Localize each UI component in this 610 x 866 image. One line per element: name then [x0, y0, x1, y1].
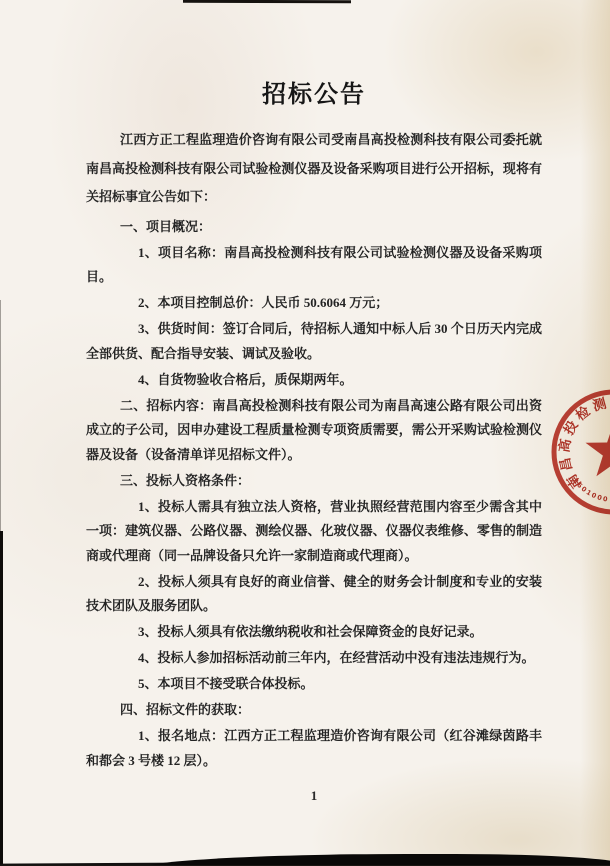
scan-artifact-left-faint-line	[0, 300, 1, 535]
paragraph: 1、项目名称：南昌高投检测科技有限公司试验检测仪器及设备采购项目。	[86, 241, 542, 290]
document-body: 招标公告 江西方正工程监理造价咨询有限公司受南昌高投检测科技有限公司委托就南昌高…	[86, 82, 542, 775]
paragraph: 2、投标人须具有良好的商业信誉、健全的财务会计制度和专业的安装技术团队及服务团队…	[86, 570, 542, 619]
scanned-page: 招标公告 江西方正工程监理造价咨询有限公司受南昌高投检测科技有限公司委托就南昌高…	[0, 0, 610, 866]
paragraph: 1、报名地点：江西方正工程监理造价咨询有限公司（红谷滩绿茵路丰和都会 3 号楼 …	[86, 724, 542, 773]
paragraph: 4、投标人参加招标活动前三年内，在经营活动中没有违法违规行为。	[86, 646, 542, 671]
seal-star-icon	[586, 422, 610, 476]
paragraph: 4、自货物验收合格后，质保期两年。	[86, 368, 542, 393]
paragraph: 5、本项目不接受联合体投标。	[86, 672, 542, 697]
paragraph: 一、项目概况：	[86, 215, 542, 240]
paragraph: 江西方正工程监理造价咨询有限公司受南昌高投检测科技有限公司委托就南昌高投检测科技…	[86, 126, 542, 212]
paragraph: 四、招标文件的获取：	[86, 698, 542, 723]
scan-artifact-left-edge	[0, 531, 3, 866]
seal-company-text: 南昌高投检测科技有限公司	[555, 393, 610, 491]
paragraph: 二、招标内容：南昌高投检测科技有限公司为南昌高速公路有限公司出资成立的子公司，因…	[86, 394, 542, 468]
company-seal-stamp: 南昌高投检测科技有限公司 3601000	[544, 382, 610, 522]
paragraph: 3、投标人须具有依法缴纳税收和社会保障资金的良好记录。	[86, 620, 542, 645]
document-title: 招标公告	[86, 82, 542, 108]
paragraph: 三、投标人资格条件：	[86, 469, 542, 494]
paragraph: 3、供货时间：签订合同后，待招标人通知中标人后 30 个日历天内完成全部供货、配…	[86, 317, 542, 366]
paragraph: 2、本项目控制总价：人民币 50.6064 万元；	[86, 291, 542, 316]
paragraph-list: 江西方正工程监理造价咨询有限公司受南昌高投检测科技有限公司委托就南昌高投检测科技…	[86, 126, 542, 773]
scan-artifact-top-strip	[183, 0, 351, 3]
paragraph: 1、投标人需具有独立法人资格，营业执照经营范围内容至少需含其中一项：建筑仪器、公…	[86, 495, 542, 569]
page-number: 1	[86, 788, 542, 804]
